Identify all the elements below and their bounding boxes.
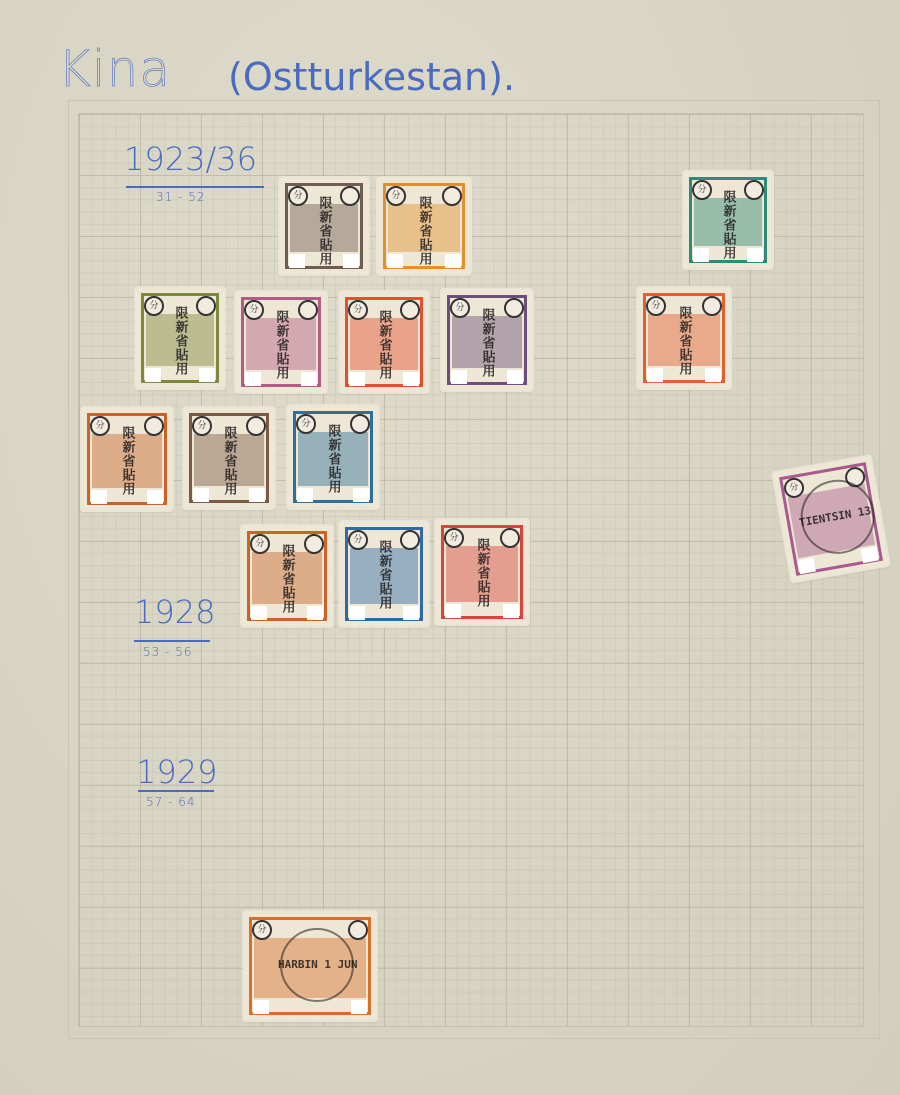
stamp-corner-character: [744, 180, 764, 200]
stamp-denomination: Cts: [507, 370, 523, 384]
stamp: 分 15 Cts 限新省貼用: [288, 406, 378, 508]
stamp-denomination: 1: [147, 490, 163, 504]
section-underline: [134, 640, 210, 642]
stamp-corner-character: 分: [244, 300, 264, 320]
stamp-value: ½: [289, 254, 305, 268]
stamp-value: 1: [387, 254, 403, 268]
stamp-overprint: 限新省貼用: [478, 308, 497, 378]
stamp-corner-character: [144, 416, 164, 436]
stamp-corner-character: [304, 534, 324, 554]
stamp-corner-character: 分: [444, 528, 464, 548]
stamp: 分 5 Cts TIENTSIN 13: [773, 456, 889, 581]
stamp-overprint: 限新省貼用: [171, 306, 190, 376]
stamp-denomination: Cts: [199, 368, 215, 382]
stamp-overprint: 限新省貼用: [272, 310, 291, 380]
stamp-corner-character: [504, 298, 524, 318]
stamp: 分 15 Cts 限新省貼用: [184, 408, 274, 508]
stamp-corner-character: [400, 300, 420, 320]
section-underline: [138, 790, 214, 792]
stamp-corner-character: [702, 296, 722, 316]
section-year-1929: 1929: [136, 753, 217, 791]
section-underline: [126, 186, 264, 188]
stamp-overprint: 限新省貼用: [719, 190, 738, 260]
stamp-corner-character: [196, 296, 216, 316]
stamp: 分 5 Cts 限新省貼用: [236, 292, 326, 392]
stamp-corner-character: [442, 186, 462, 206]
stamp-corner-character: [298, 300, 318, 320]
stamp: 分 $ 1 限新省貼用: [82, 408, 172, 510]
page-subtitle: (Ostturkestan).: [228, 55, 515, 99]
stamp-overprint: 限新省貼用: [324, 424, 343, 494]
stamp-value: 4: [145, 368, 161, 382]
section-range-1923: 31 - 52: [156, 190, 206, 204]
stamp-corner-character: 分: [296, 414, 316, 434]
stamp-corner-character: [400, 530, 420, 550]
stamp-denomination: Cts: [747, 248, 763, 262]
stamp-corner-character: 分: [646, 296, 666, 316]
stamp-value: 8: [647, 368, 663, 382]
stamp-corner-character: [340, 186, 360, 206]
stamp-denomination: Cts: [249, 488, 265, 502]
stamp-corner-character: 分: [348, 300, 368, 320]
stamp-overprint: 限新省貼用: [278, 544, 297, 614]
stamp-value: $: [91, 490, 107, 504]
stamp-corner-character: [348, 920, 368, 940]
stamp: 分 1 Ct HARBIN 1 JUN: [244, 912, 376, 1020]
stamp: 分 7 Cts 限新省貼用: [442, 290, 532, 390]
stamp-corner-character: 分: [252, 920, 272, 940]
stamp-value: $: [349, 606, 365, 620]
stamp-value: 1: [253, 1000, 269, 1014]
stamp: 分 6 Cts 限新省貼用: [340, 292, 428, 392]
stamp-corner-character: 分: [692, 180, 712, 200]
stamp-corner-character: 分: [288, 186, 308, 206]
stamp-overprint: 限新省貼用: [315, 196, 334, 266]
stamp: 分 8 Cts 限新省貼用: [638, 288, 730, 388]
stamp-overprint: 限新省貼用: [473, 538, 492, 608]
stamp-overprint: 限新省貼用: [220, 426, 239, 496]
stamp-denomination: Cts: [445, 254, 461, 268]
section-year-1923: 1923/36: [124, 140, 257, 178]
stamp-corner-character: [246, 416, 266, 436]
stamp-denomination: Cts: [403, 372, 419, 386]
stamp: 分 $ 2 限新省貼用: [340, 522, 428, 626]
stamp-value: 3: [693, 248, 709, 262]
stamp-corner-character: 分: [144, 296, 164, 316]
stamp-corner-character: 分: [386, 186, 406, 206]
stamp-corner-character: [500, 528, 520, 548]
stamp-value: $: [445, 604, 461, 618]
stamp-denomination: Cts: [705, 368, 721, 382]
stamp-denomination: Ct: [351, 1000, 367, 1014]
stamp-overprint: 限新省貼用: [118, 426, 137, 496]
stamp-denomination: 2: [403, 606, 419, 620]
stamp-denomination: 5: [503, 604, 519, 618]
section-range-1928: 53 - 56: [143, 645, 193, 659]
stamp-denomination: 1: [307, 606, 323, 620]
stamp-value: $: [251, 606, 267, 620]
stamp-corner-character: [350, 414, 370, 434]
stamp: 分 1 Cts 限新省貼用: [378, 178, 470, 274]
stamp-corner-character: 分: [348, 530, 368, 550]
stamp-value: 15: [297, 488, 313, 502]
stamp-denomination: Cts: [353, 488, 369, 502]
stamp-overprint: 限新省貼用: [675, 306, 694, 376]
stamp-corner-character: 分: [90, 416, 110, 436]
stamp-overprint: 限新省貼用: [375, 540, 394, 610]
stamp-denomination: Cts: [343, 254, 359, 268]
stamp-value: 6: [349, 372, 365, 386]
section-range-1929: 57 - 64: [146, 795, 196, 809]
stamp: 分 3 Cts 限新省貼用: [684, 172, 772, 268]
stamp: 分 $ 5 限新省貼用: [436, 520, 528, 624]
stamp-corner-character: 分: [192, 416, 212, 436]
stamp-overprint: 限新省貼用: [415, 196, 434, 266]
stamp-value: 7: [451, 370, 467, 384]
stamp-value: 15: [193, 488, 209, 502]
stamp: 分 $ 1 限新省貼用: [242, 526, 332, 626]
stamp-denomination: Cts: [301, 372, 317, 386]
section-year-1928: 1928: [134, 593, 215, 631]
stamp-overprint: 限新省貼用: [375, 310, 394, 380]
postmark-text: HARBIN 1 JUN: [278, 958, 357, 971]
stamp: 分 4 Cts 限新省貼用: [136, 288, 224, 388]
stamp: 分 ½ Cts 限新省貼用: [280, 178, 368, 274]
stamp-value: 5: [798, 558, 816, 575]
page-title: Kina: [58, 40, 171, 98]
stamp-corner-character: 分: [450, 298, 470, 318]
stamp-corner-character: 分: [250, 534, 270, 554]
stamp-value: 5: [245, 372, 261, 386]
stamp-denomination: Cts: [861, 547, 879, 564]
album-page: Kina (Ostturkestan). 1923/36 31 - 52 192…: [0, 0, 900, 1095]
